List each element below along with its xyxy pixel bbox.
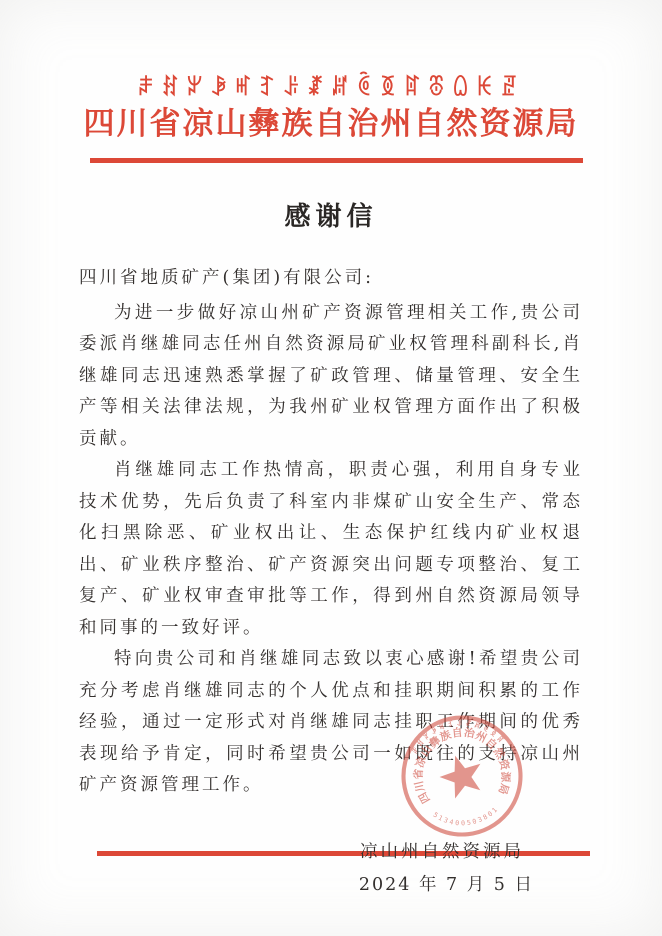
letterhead-divider [90, 158, 583, 163]
signature-block: 凉山州自然资源局 2024 年 7 月 5 日 [0, 836, 662, 902]
signature-date: 2024 年 7 月 5 日 [0, 869, 662, 902]
paragraph-2: 肖继雄同志工作热情高，职责心强，利用自身专业技术优势，先后负责了科室内非煤矿山安… [79, 455, 583, 644]
svg-text:513400503801: 513400503801 [431, 804, 502, 831]
paragraph-1: 为进一步做好凉山州矿产资源管理相关工作,贵公司委派肖继雄同志任州自然资源局矿业权… [79, 298, 583, 456]
paragraph-3: 特向贵公司和肖继雄同志致以衷心感谢!希望贵公司充分考虑肖继雄同志的个人优点和挂职… [79, 644, 583, 802]
letterhead: ꌧꍧꏃꆃꎭꆈꌠꊨꏦꏱꅉꍏꁨꑘꀘꏣ 四川省凉山彝族自治州自然资源局 [0, 0, 662, 144]
signature-org-name: 凉山州自然资源局 [0, 836, 662, 869]
letter-title: 感谢信 [0, 196, 662, 233]
salutation: 四川省地质矿产(集团)有限公司: [79, 263, 583, 295]
scanned-letter-page: ꌧꍧꏃꆃꎭꆈꌠꊨꏦꏱꅉꍏꁨꑘꀘꏣ 四川省凉山彝族自治州自然资源局 感谢信 四川省… [0, 0, 662, 936]
letter-body: 四川省地质矿产(集团)有限公司: 为进一步做好凉山州矿产资源管理相关工作,贵公司… [79, 263, 583, 802]
letterhead-org-name: 四川省凉山彝族自治州自然资源局 [0, 104, 662, 144]
letterhead-yi-script: ꌧꍧꏃꆃꎭꆈꌠꊨꏦꏱꅉꍏꁨꑘꀘꏣ [0, 74, 662, 102]
seal-serial-number: 513400503801 [431, 804, 502, 831]
